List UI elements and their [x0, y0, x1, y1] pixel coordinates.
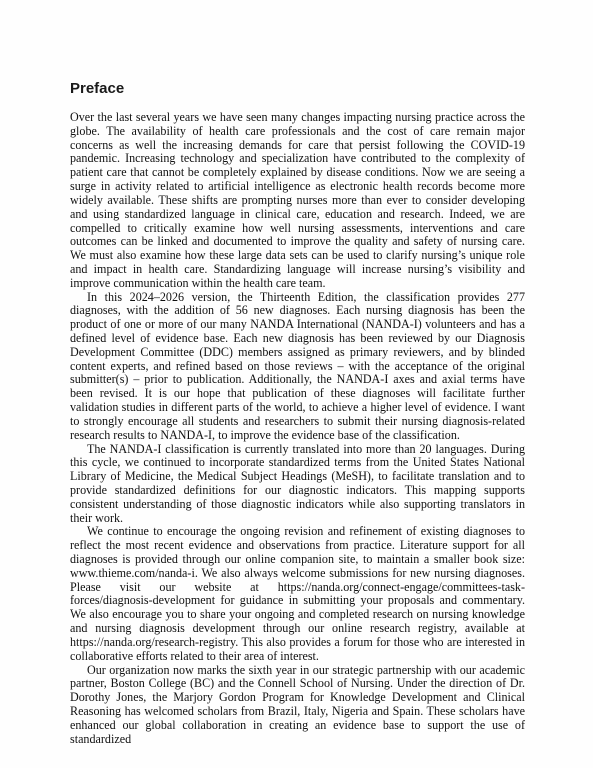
page-title: Preface — [70, 80, 124, 97]
paragraph-3: The NANDA-I classification is currently … — [70, 443, 525, 526]
paragraph-5: Our organization now marks the sixth yea… — [70, 664, 525, 747]
document-page: Preface Over the last several years we h… — [0, 0, 593, 768]
paragraph-4: We continue to encourage the ongoing rev… — [70, 525, 525, 663]
paragraph-1: Over the last several years we have seen… — [70, 111, 525, 291]
body-text: Over the last several years we have seen… — [70, 111, 525, 746]
paragraph-2: In this 2024–2026 version, the Thirteent… — [70, 291, 525, 443]
